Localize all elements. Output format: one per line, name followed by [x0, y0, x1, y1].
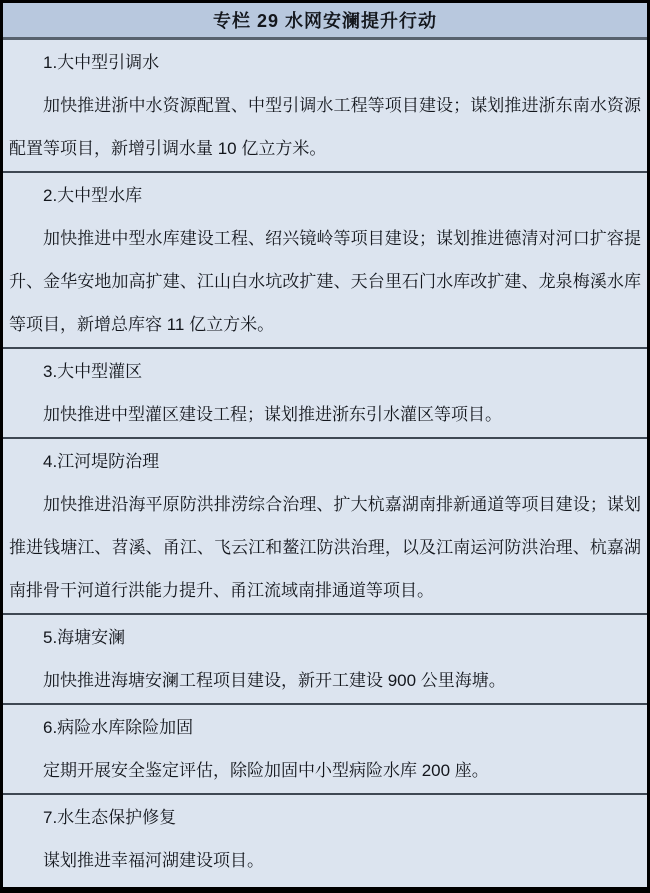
section-heading: 2.大中型水库 — [9, 174, 641, 217]
section-heading: 5.海塘安澜 — [9, 616, 641, 659]
column-callout-box: 专栏 29 水网安澜提升行动 1.大中型引调水 加快推进浙中水资源配置、中型引调… — [0, 0, 650, 893]
section-row-2: 2.大中型水库 加快推进中型水库建设工程、绍兴镜岭等项目建设；谋划推进德清对河口… — [3, 171, 647, 347]
column-box-body: 1.大中型引调水 加快推进浙中水资源配置、中型引调水工程等项目建设；谋划推进浙东… — [3, 40, 647, 883]
section-row-6: 6.病险水库除险加固 定期开展安全鉴定评估，除险加固中小型病险水库 200 座。 — [3, 703, 647, 793]
section-heading: 1.大中型引调水 — [9, 41, 641, 84]
section-heading: 7.水生态保护修复 — [9, 796, 641, 839]
section-heading: 3.大中型灌区 — [9, 350, 641, 393]
section-paragraph: 加快推进中型灌区建设工程；谋划推进浙东引水灌区等项目。 — [9, 393, 641, 436]
section-row-3: 3.大中型灌区 加快推进中型灌区建设工程；谋划推进浙东引水灌区等项目。 — [3, 347, 647, 437]
section-heading: 4.江河堤防治理 — [9, 440, 641, 483]
column-box-title: 专栏 29 水网安澜提升行动 — [3, 3, 647, 40]
section-row-5: 5.海塘安澜 加快推进海塘安澜工程项目建设，新开工建设 900 公里海塘。 — [3, 613, 647, 703]
section-heading: 6.病险水库除险加固 — [9, 706, 641, 749]
section-row-1: 1.大中型引调水 加快推进浙中水资源配置、中型引调水工程等项目建设；谋划推进浙东… — [3, 40, 647, 171]
section-row-7: 7.水生态保护修复 谋划推进幸福河湖建设项目。 — [3, 793, 647, 883]
section-row-4: 4.江河堤防治理 加快推进沿海平原防洪排涝综合治理、扩大杭嘉湖南排新通道等项目建… — [3, 437, 647, 613]
section-paragraph: 加快推进浙中水资源配置、中型引调水工程等项目建设；谋划推进浙东南水资源配置等项目… — [9, 84, 641, 170]
section-paragraph: 加快推进海塘安澜工程项目建设，新开工建设 900 公里海塘。 — [9, 659, 641, 702]
section-paragraph: 加快推进中型水库建设工程、绍兴镜岭等项目建设；谋划推进德清对河口扩容提升、金华安… — [9, 217, 641, 346]
section-paragraph: 加快推进沿海平原防洪排涝综合治理、扩大杭嘉湖南排新通道等项目建设；谋划推进钱塘江… — [9, 483, 641, 612]
section-paragraph: 定期开展安全鉴定评估，除险加固中小型病险水库 200 座。 — [9, 749, 641, 792]
section-paragraph: 谋划推进幸福河湖建设项目。 — [9, 839, 641, 882]
